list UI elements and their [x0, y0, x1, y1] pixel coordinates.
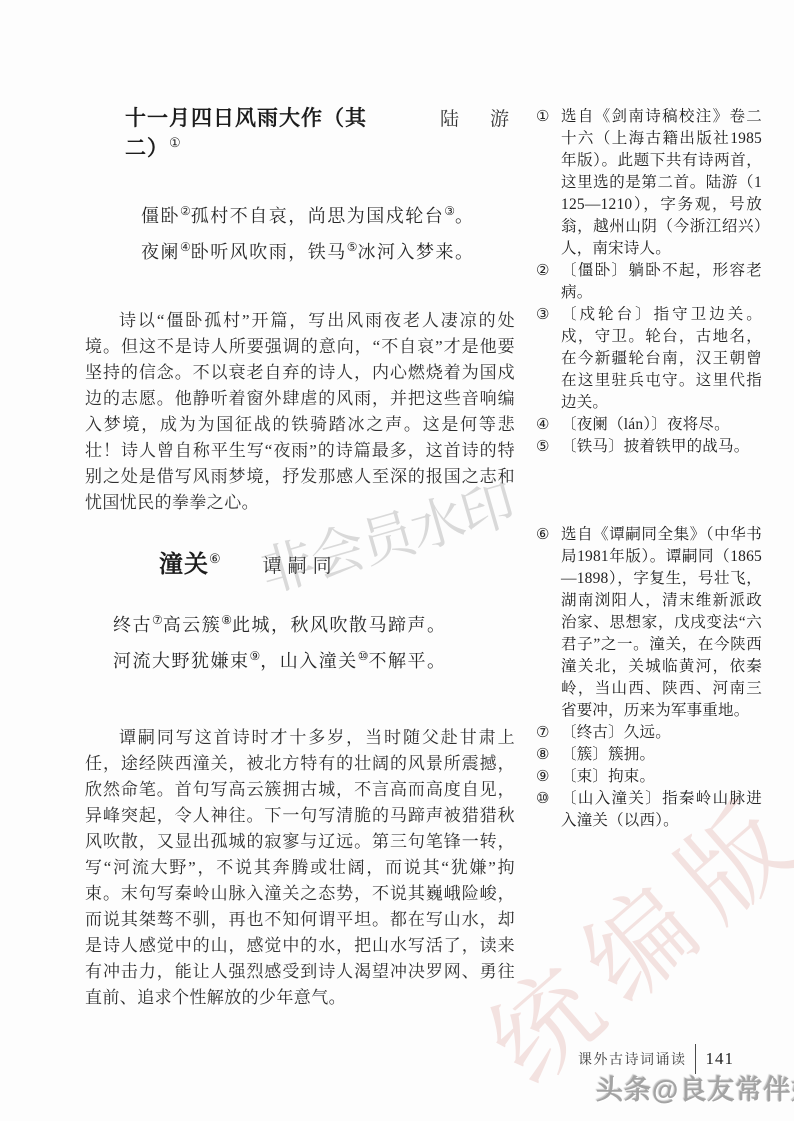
annotation-text: 选自《谭嗣同全集》（中华书局1981年版）。谭嗣同（1865—1898），字复生…	[561, 524, 762, 722]
annotation-item: ⑥选自《谭嗣同全集》（中华书局1981年版）。谭嗣同（1865—1898），字复…	[536, 524, 762, 722]
annotation-item: ⑩〔山入潼关〕指秦岭山脉进入潼关（以西）。	[536, 788, 762, 832]
poem1-line-1: 僵卧②孤村不自哀，尚思为国戍轮台③。	[141, 198, 515, 234]
annotation-text: 〔束〕拘束。	[561, 766, 762, 788]
poem1-title-note-ref: ①	[169, 135, 181, 150]
note-ref-8: ⑧	[221, 613, 232, 627]
annotation-item: ②〔僵卧〕躺卧不起，形容老病。	[536, 260, 762, 304]
poem2-line-2: 河流大野犹嫌束⑨，山入潼关⑩不解平。	[113, 643, 515, 679]
annotation-item: ⑧〔簇〕簇拥。	[536, 744, 762, 766]
annotation-marker: ④	[536, 414, 561, 436]
annotation-text: 〔铁马〕披着铁甲的战马。	[561, 436, 762, 458]
poem2-body: 终古⑦高云簇⑧此城，秋风吹散马蹄声。 河流大野犹嫌束⑨，山入潼关⑩不解平。	[85, 607, 515, 679]
annotation-marker: ⑧	[536, 744, 561, 766]
annotations-group-1: ①选自《剑南诗稿校注》卷二十六（上海古籍出版社1985年版）。此题下共有诗两首，…	[536, 106, 762, 458]
annotation-item: ③〔戍轮台〕指守卫边关。戍，守卫。轮台，古地名，在今新疆轮台南，汉王朝曾在这里驻…	[536, 304, 762, 414]
poem2-commentary: 谭嗣同写这首诗时才十多岁，当时随父赴甘肃上任，途经陕西潼关，被北方特有的壮阔的风…	[85, 725, 515, 1011]
poem-text: 夜阑	[141, 242, 180, 262]
footer-page-number: 141	[706, 1049, 735, 1069]
annotation-item: ④〔夜阑（lán）〕夜将尽。	[536, 414, 762, 436]
poem1-line-2: 夜阑④卧听风吹雨，铁马⑤冰河入梦来。	[141, 234, 515, 270]
poem2-title-note-ref: ⑥	[209, 551, 221, 566]
poem2-title: 潼关⑥	[159, 544, 221, 579]
textbook-page: 非会员水印 统编版 十一月四日风雨大作（其二）① 陆 游 僵卧②孤村不自哀，尚思…	[0, 0, 794, 1121]
annotation-text: 〔终古〕久远。	[561, 722, 762, 744]
note-ref-3: ③	[444, 204, 455, 218]
note-ref-9: ⑨	[250, 649, 261, 663]
annotation-marker: ③	[536, 304, 561, 326]
poem2-line-1: 终古⑦高云簇⑧此城，秋风吹散马蹄声。	[113, 607, 515, 643]
poem2-author: 谭嗣同	[263, 551, 338, 578]
poem-text: 僵卧	[141, 206, 180, 226]
poem-text: 。	[455, 206, 475, 226]
credit-watermark: 头条@良友常伴娃	[596, 1074, 794, 1106]
poem1-title: 十一月四日风雨大作（其二）①	[125, 102, 398, 162]
note-ref-5: ⑤	[347, 240, 358, 254]
poem-text: 此城，秋风吹散马蹄声。	[232, 615, 447, 635]
annotation-marker: ⑤	[536, 436, 561, 458]
poem-text: 河流大野犹嫌束	[113, 651, 250, 671]
annotation-text: 〔山入潼关〕指秦岭山脉进入潼关（以西）。	[561, 788, 762, 832]
annotation-text: 〔夜阑（lán）〕夜将尽。	[561, 414, 762, 436]
poem-text: 孤村不自哀，尚思为国戍轮台	[191, 206, 445, 226]
note-ref-7: ⑦	[152, 613, 163, 627]
poem1-author: 陆 游	[440, 104, 515, 131]
note-ref-10: ⑩	[358, 649, 369, 663]
poem-text: 卧听风吹雨，铁马	[191, 242, 347, 262]
annotation-item: ①选自《剑南诗稿校注》卷二十六（上海古籍出版社1985年版）。此题下共有诗两首，…	[536, 106, 762, 260]
annotation-marker: ⑨	[536, 766, 561, 788]
poem-text: ，山入潼关	[260, 651, 358, 671]
annotation-text: 〔簇〕簇拥。	[561, 744, 762, 766]
annotation-marker: ⑦	[536, 722, 561, 744]
poem-text: 高云簇	[163, 615, 222, 635]
annotation-text: 〔僵卧〕躺卧不起，形容老病。	[561, 260, 762, 304]
poem-text: 冰河入梦来。	[358, 242, 475, 262]
poem1-title-text: 十一月四日风雨大作（其二）	[125, 107, 367, 160]
annotation-marker: ②	[536, 260, 561, 282]
main-column: 十一月四日风雨大作（其二）① 陆 游 僵卧②孤村不自哀，尚思为国戍轮台③。 夜阑…	[85, 0, 515, 1011]
annotation-item: ⑤〔铁马〕披着铁甲的战马。	[536, 436, 762, 458]
poem1-commentary: 诗以“僵卧孤村”开篇，写出风雨夜老人凄凉的处境。但这不是诗人所要强调的意向，“不…	[85, 308, 515, 516]
annotation-item: ⑨〔束〕拘束。	[536, 766, 762, 788]
poem-text: 不解平。	[369, 651, 447, 671]
annotation-marker: ⑥	[536, 524, 561, 546]
annotation-item: ⑦〔终古〕久远。	[536, 722, 762, 744]
footer-section-title: 课外古诗词诵读	[578, 1049, 687, 1069]
poem1-body: 僵卧②孤村不自哀，尚思为国戍轮台③。 夜阑④卧听风吹雨，铁马⑤冰河入梦来。	[85, 198, 515, 270]
note-ref-4: ④	[180, 240, 191, 254]
annotation-text: 选自《剑南诗稿校注》卷二十六（上海古籍出版社1985年版）。此题下共有诗两首，这…	[561, 106, 762, 260]
note-ref-2: ②	[180, 204, 191, 218]
annotation-text: 〔戍轮台〕指守卫边关。戍，守卫。轮台，古地名，在今新疆轮台南，汉王朝曾在这里驻兵…	[561, 304, 762, 414]
footer-divider	[695, 1044, 696, 1074]
poem-text: 终古	[113, 615, 152, 635]
page-footer: 课外古诗词诵读 141	[578, 1044, 734, 1074]
annotation-marker: ⑩	[536, 788, 561, 810]
annotations-group-2: ⑥选自《谭嗣同全集》（中华书局1981年版）。谭嗣同（1865—1898），字复…	[536, 524, 762, 832]
poem2-title-text: 潼关	[159, 551, 209, 578]
poem1-title-row: 十一月四日风雨大作（其二）① 陆 游	[85, 102, 515, 162]
poem2-title-row: 潼关⑥ 谭嗣同	[85, 544, 515, 579]
annotation-marker: ①	[536, 106, 561, 128]
